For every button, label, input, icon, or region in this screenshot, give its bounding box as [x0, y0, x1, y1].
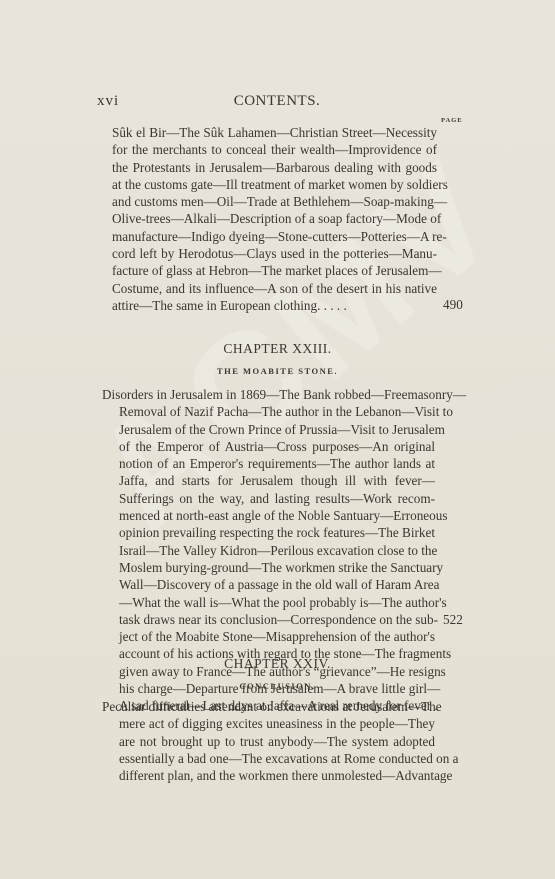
entry-line: Sûk el Bir—The Sûk Lahamen—Christian Str… — [112, 124, 437, 141]
summary-line: opinion prevailing respecting the rock f… — [102, 524, 435, 541]
summary-line: Moslem burying-ground—The workmen strike… — [102, 559, 435, 576]
summary-line: Wall—Discovery of a passage in the old w… — [102, 576, 435, 593]
page-title: CONTENTS. — [97, 93, 457, 110]
summary-line: Jaffa, and starts for Jerusalem though i… — [102, 472, 435, 489]
summary-line: Jerusalem of the Crown Prince of Prussia… — [102, 421, 435, 438]
summary-line: Removal of Nazif Pacha—The author in the… — [102, 403, 435, 420]
summary-line: Sufferings on the way, and lasting resul… — [102, 490, 435, 507]
summary-line: ject of the Moabite Stone—Misapprehensio… — [102, 628, 435, 645]
entry-line: at the customs gate—Ill treatment of mar… — [112, 176, 437, 193]
page-number: 522 — [443, 612, 463, 628]
chapter-subtitle: CONCLUSION. — [0, 681, 555, 691]
summary-line: mere act of digging excites uneasiness i… — [102, 715, 435, 732]
summary-line: notion of an Emperor's requirements—The … — [102, 455, 435, 472]
chapter-heading: CHAPTER XXIII. — [0, 341, 555, 357]
summary-line: essentially a bad one—The excavations at… — [102, 750, 435, 767]
entry-line: and customs men—Oil—Trade at Bethlehem—S… — [112, 193, 437, 210]
summary-line: of the Emperor of Austria—Cross purposes… — [102, 438, 435, 455]
page-number: 490 — [443, 297, 463, 313]
summary-line: Israil—The Valley Kidron—Perilous excava… — [102, 542, 435, 559]
entry-line: the Protestants in Jerusalem—Barbarous d… — [112, 159, 437, 176]
page-column-label: PAGE — [441, 117, 463, 124]
summary-line: —What the wall is—What the pool probably… — [102, 594, 435, 611]
entry-line: Costume, and its influence—A son of the … — [112, 280, 437, 297]
chapter-heading: CHAPTER XXIV. — [0, 656, 555, 672]
running-head: xvi CONTENTS. — [97, 93, 457, 113]
chapter-subtitle: THE MOABITE STONE. — [0, 366, 555, 376]
entry-line: attire—The same in European clothing. . … — [112, 297, 437, 314]
summary-line: Peculiar difficulties attendant on excav… — [102, 698, 435, 715]
contents-entry-continued: Sûk el Bir—The Sûk Lahamen—Christian Str… — [112, 124, 437, 314]
chapter-summary: Peculiar difficulties attendant on excav… — [102, 698, 435, 784]
entry-line: facture of glass at Hebron—The market pl… — [112, 262, 437, 279]
summary-line: menced at north-east angle of the Noble … — [102, 507, 435, 524]
summary-line: are not brought up to trust anybody—The … — [102, 733, 435, 750]
summary-line: task draws near its conclusion—Correspon… — [102, 611, 435, 628]
entry-line: manufacture—Indigo dyeing—Stone-cutters—… — [112, 228, 437, 245]
entry-line: for the merchants to conceal their wealt… — [112, 141, 437, 158]
summary-line: Disorders in Jerusalem in 1869—The Bank … — [102, 386, 435, 403]
entry-line: cord left by Herodotus—Clays used in the… — [112, 245, 437, 262]
summary-line: different plan, and the workmen there un… — [102, 767, 435, 784]
entry-line: Olive-trees—Alkali—Description of a soap… — [112, 210, 437, 227]
book-page: ACMV xvi CONTENTS. PAGE Sûk el Bir—The S… — [0, 0, 555, 879]
